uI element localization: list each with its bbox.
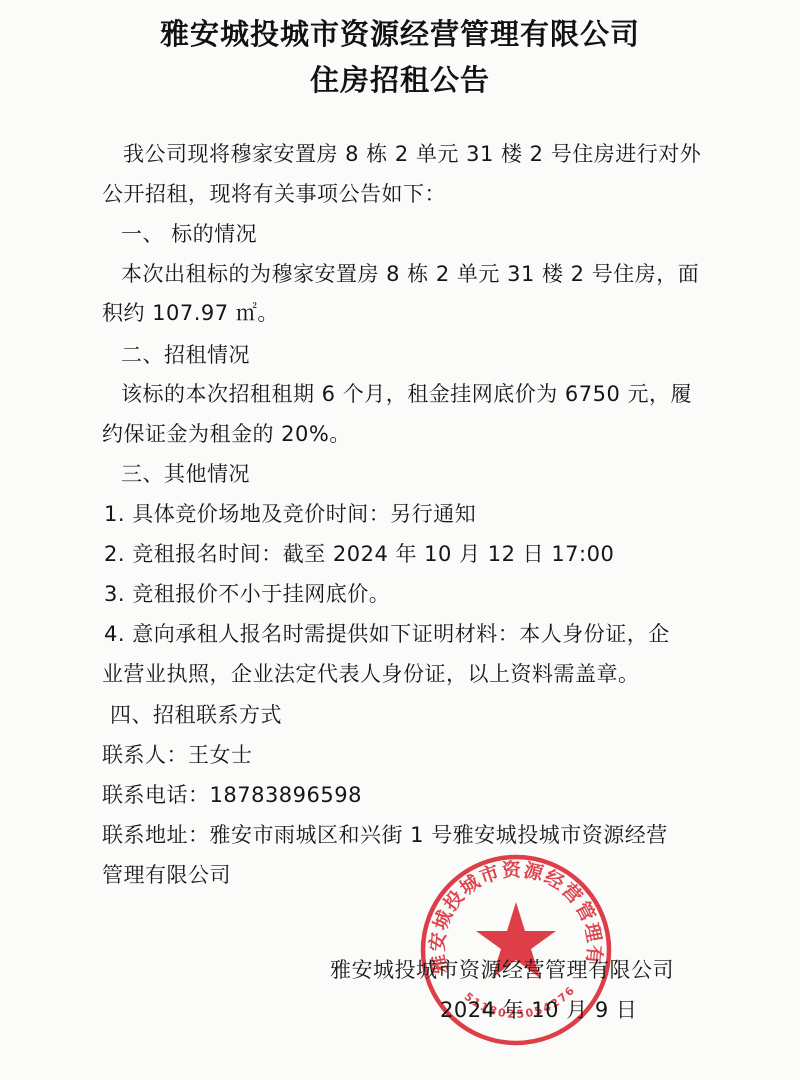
section-subject-line1: 本次出租标的为穆家安置房 8 栋 2 单元 31 楼 2 号住房，面 xyxy=(121,258,699,288)
signature-date: 2024 年 10 月 9 日 xyxy=(440,994,637,1024)
contact-person: 联系人：王女士 xyxy=(102,739,253,769)
other-item-4-line2: 业营业执照，企业法定代表人身份证，以上资料需盖章。 xyxy=(102,658,640,688)
intro-paragraph-line2: 公开招租，现将有关事项公告如下： xyxy=(102,178,446,208)
section-heading-subject: 一、 标的情况 xyxy=(121,218,257,248)
other-item-1: 1. 具体竞价场地及竞价时间：另行通知 xyxy=(104,498,476,528)
document-title: 住房招租公告 xyxy=(0,58,800,99)
other-item-2: 2. 竞租报名时间：截至 2024 年 10 月 12 日 17:00 xyxy=(104,538,614,568)
document-title-company: 雅安城投城市资源经营管理有限公司 xyxy=(0,12,800,53)
section-heading-other: 三、其他情况 xyxy=(121,458,250,488)
contact-address-line2: 管理有限公司 xyxy=(102,859,231,889)
intro-paragraph-line1: 我公司现将穆家安置房 8 栋 2 单元 31 楼 2 号住房进行对外 xyxy=(123,138,701,168)
other-item-3: 3. 竞租报价不小于挂网底价。 xyxy=(104,578,390,608)
other-item-4-line1: 4. 意向承租人报名时需提供如下证明材料：本人身份证，企 xyxy=(104,618,670,648)
contact-phone: 联系电话：18783896598 xyxy=(102,779,362,809)
section-rental-line1: 该标的本次招租租期 6 个月，租金挂网底价为 6750 元，履 xyxy=(121,378,692,408)
section-heading-rental: 二、招租情况 xyxy=(121,339,250,369)
section-subject-line2: 积约 107.97 ㎡。 xyxy=(102,297,279,327)
contact-address-line1: 联系地址：雅安市雨城区和兴街 1 号雅安城投城市资源经营 xyxy=(102,819,668,849)
section-rental-line2: 约保证金为租金的 20%。 xyxy=(102,418,351,448)
signature-company: 雅安城投城市资源经营管理有限公司 xyxy=(330,954,674,984)
section-heading-contact: 四、招租联系方式 xyxy=(110,699,282,729)
